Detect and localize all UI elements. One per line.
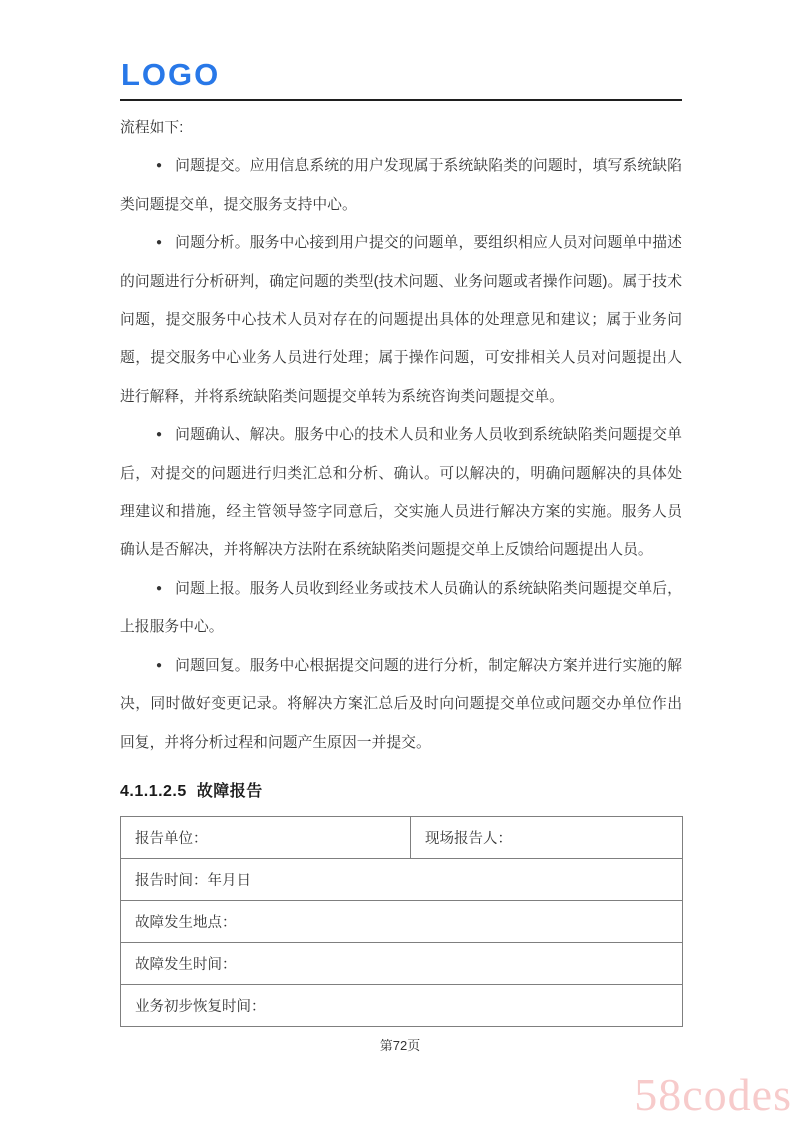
cell-report-time: 报告时间：年月日 — [121, 859, 683, 901]
table-row-fault-location: 故障发生地点： — [121, 901, 683, 943]
document-body: 流程如下: ●问题提交。应用信息系统的用户发现属于系统缺陷类的问题时，填写系统缺… — [120, 109, 682, 762]
bullet-icon: ● — [156, 583, 162, 594]
bullet-text-4: 问题上报。服务人员收到经业务或技术人员确认的系统缺陷类问题提交单后，上报服务中心… — [120, 581, 682, 635]
cell-recovery-time: 业务初步恢复时间： — [121, 985, 683, 1027]
table-row-report-unit: 报告单位： 现场报告人： — [121, 817, 683, 859]
bullet-icon: ● — [156, 237, 162, 248]
document-page: LOGO 流程如下: ●问题提交。应用信息系统的用户发现属于系统缺陷类的问题时，… — [0, 0, 800, 1132]
bullet-text-1: 问题提交。应用信息系统的用户发现属于系统缺陷类的问题时，填写系统缺陷类问题提交单… — [120, 158, 682, 212]
bullet-text-5: 问题回复。服务中心根据提交问题的进行分析，制定解决方案并进行实施的解决，同时做好… — [120, 658, 682, 751]
bullet-icon: ● — [156, 429, 162, 440]
bullet-icon: ● — [156, 160, 162, 171]
bullet-text-3: 问题确认、解决。服务中心的技术人员和业务人员收到系统缺陷类问题提交单后，对提交的… — [120, 427, 682, 558]
fault-report-table: 报告单位： 现场报告人： 报告时间：年月日 故障发生地点： 故障发生时间： 业务… — [120, 816, 683, 1027]
cell-fault-location: 故障发生地点： — [121, 901, 683, 943]
header-divider — [120, 99, 682, 101]
cell-fault-time: 故障发生时间： — [121, 943, 683, 985]
section-title: 故障报告 — [197, 783, 263, 800]
intro-paragraph: 流程如下: — [120, 109, 682, 147]
section-number: 4.1.1.2.5 — [120, 783, 187, 800]
cell-onsite-reporter: 现场报告人： — [411, 817, 683, 859]
bullet-icon: ● — [156, 660, 162, 671]
page-number: 第72页 — [0, 1035, 800, 1054]
bullet-paragraph-5: ●问题回复。服务中心根据提交问题的进行分析，制定解决方案并进行实施的解决，同时做… — [120, 647, 682, 762]
table-row-report-time: 报告时间：年月日 — [121, 859, 683, 901]
watermark: 58codes — [634, 1068, 792, 1121]
company-logo: LOGO — [121, 57, 220, 93]
bullet-paragraph-4: ●问题上报。服务人员收到经业务或技术人员确认的系统缺陷类问题提交单后，上报服务中… — [120, 570, 682, 647]
bullet-paragraph-1: ●问题提交。应用信息系统的用户发现属于系统缺陷类的问题时，填写系统缺陷类问题提交… — [120, 147, 682, 224]
section-heading: 4.1.1.2.5故障报告 — [120, 778, 263, 801]
bullet-paragraph-2: ●问题分析。服务中心接到用户提交的问题单，要组织相应人员对问题单中描述的问题进行… — [120, 224, 682, 416]
cell-report-unit: 报告单位： — [121, 817, 411, 859]
table-row-fault-time: 故障发生时间： — [121, 943, 683, 985]
bullet-paragraph-3: ●问题确认、解决。服务中心的技术人员和业务人员收到系统缺陷类问题提交单后，对提交… — [120, 416, 682, 570]
bullet-text-2: 问题分析。服务中心接到用户提交的问题单，要组织相应人员对问题单中描述的问题进行分… — [120, 235, 682, 405]
table-row-recovery-time: 业务初步恢复时间： — [121, 985, 683, 1027]
